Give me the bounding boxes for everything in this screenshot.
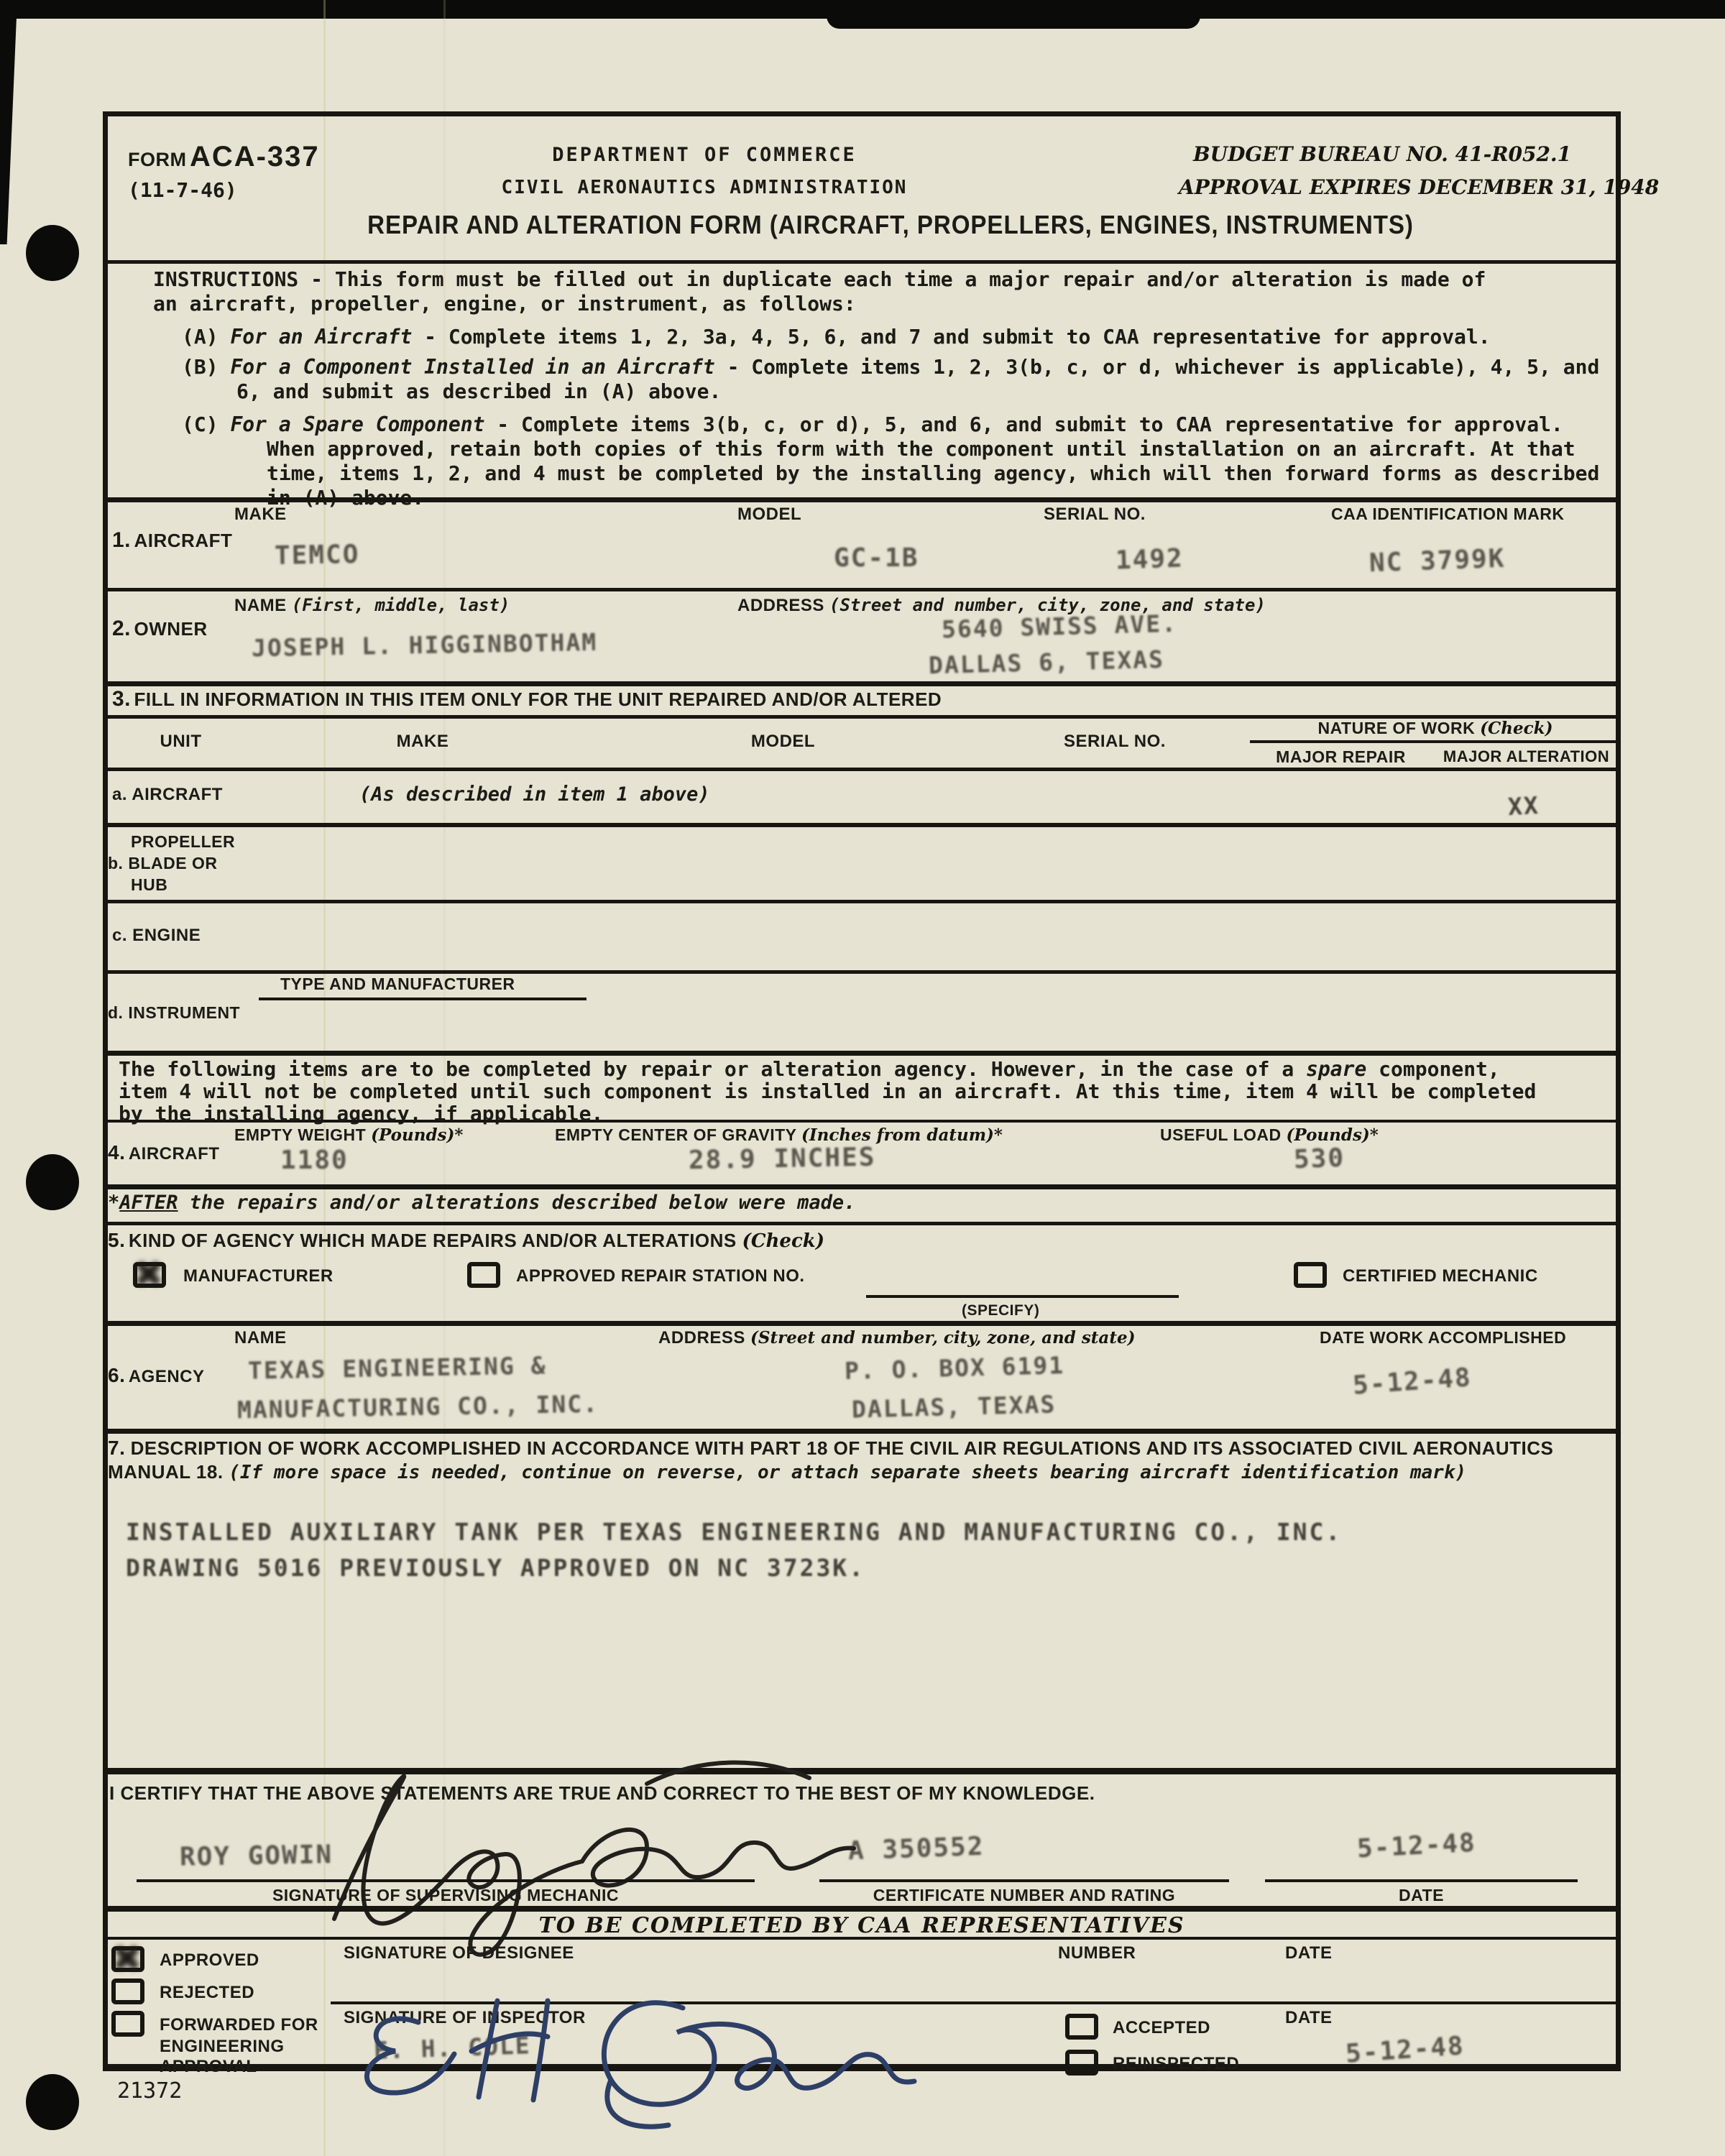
item4-label: 4. AIRCRAFT bbox=[108, 1141, 219, 1164]
owner-name-column-label: NAME (First, middle, last) bbox=[234, 595, 510, 616]
work-description-line1: INSTALLED AUXILIARY TANK PER TEXAS ENGIN… bbox=[126, 1518, 1342, 1546]
manufacturer-checkbox: ✖ bbox=[133, 1262, 166, 1288]
cg-text: EMPTY CENTER OF GRAVITY bbox=[555, 1125, 801, 1144]
item5-number: 5. bbox=[108, 1229, 125, 1251]
page-serial-number: 21372 bbox=[117, 2078, 182, 2104]
forwarded-label-line1: FORWARDED FOR bbox=[160, 2015, 318, 2035]
table-header-nature: NATURE OF WORK (Check) bbox=[1250, 719, 1621, 738]
empty-weight-hint: (Pounds)* bbox=[371, 1125, 463, 1145]
repair-station-blank-line bbox=[866, 1295, 1179, 1298]
designee-signature-label: SIGNATURE OF DESIGNEE bbox=[344, 1943, 574, 1963]
name-hint: (First, middle, last) bbox=[292, 595, 510, 615]
forwarded-label-line2: ENGINEERING bbox=[160, 2037, 285, 2057]
rule bbox=[103, 1051, 1621, 1056]
item6-number: 6. bbox=[108, 1364, 125, 1386]
specify-label: (SPECIFY) bbox=[962, 1302, 1039, 1319]
empty-weight-label: EMPTY WEIGHT (Pounds)* bbox=[234, 1125, 463, 1145]
inspector-signature bbox=[309, 1978, 999, 2143]
certificate-number-label: CERTIFICATE NUMBER AND RATING bbox=[819, 1886, 1229, 1905]
make-column-label: MAKE bbox=[234, 505, 287, 525]
useful-load-hint: (Pounds)* bbox=[1287, 1125, 1379, 1145]
item5-label: 5. KIND OF AGENCY WHICH MADE REPAIRS AND… bbox=[108, 1229, 824, 1252]
cg-label: EMPTY CENTER OF GRAVITY (Inches from dat… bbox=[555, 1125, 1003, 1145]
rule bbox=[103, 1429, 1621, 1434]
footnote: *AFTER the repairs and/or alterations de… bbox=[108, 1192, 855, 1214]
forwarded-checkbox bbox=[111, 2011, 144, 2037]
item7-number: 7. bbox=[108, 1437, 125, 1459]
instruction-item-a: (A) For an Aircraft - Complete items 1, … bbox=[182, 325, 1645, 349]
footnote-em: AFTER bbox=[119, 1192, 178, 1214]
item5-title-hint: (Check) bbox=[742, 1230, 825, 1252]
table-header-major-repair: MAJOR REPAIR bbox=[1250, 747, 1432, 767]
rule bbox=[103, 260, 1621, 264]
mechanic-signature-line bbox=[137, 1879, 755, 1882]
instructions-lead: INSTRUCTIONS - bbox=[153, 267, 323, 291]
rule bbox=[103, 1321, 1621, 1326]
table-header-serial: SERIAL NO. bbox=[980, 732, 1250, 752]
agency-address-text: ADDRESS bbox=[658, 1328, 750, 1347]
cg-hint: (Inches from datum)* bbox=[801, 1125, 1003, 1145]
mechanic-date-value: 5-12-48 bbox=[1356, 1828, 1477, 1864]
table-row-d-label: d. INSTRUMENT bbox=[108, 1003, 240, 1023]
forwarded-label-line3: APPROVAL bbox=[160, 2057, 257, 2077]
reinspected-label: REINSPECTED bbox=[1113, 2054, 1239, 2074]
mechanic-signature-label: SIGNATURE OF SUPERVISING MECHANIC bbox=[237, 1886, 654, 1905]
midnote-paragraph: The following items are to be completed … bbox=[119, 1058, 1560, 1125]
item2-title: OWNER bbox=[134, 618, 207, 640]
punch-hole bbox=[26, 225, 79, 281]
mechanic-date-line bbox=[1265, 1879, 1578, 1882]
empty-weight-value: 1180 bbox=[280, 1146, 349, 1175]
instruction-c-em: For a Spare Component bbox=[230, 413, 484, 436]
empty-weight-text: EMPTY WEIGHT bbox=[234, 1125, 371, 1144]
footnote-text: the repairs and/or alterations described… bbox=[178, 1192, 856, 1214]
table-header-unit: UNIT bbox=[103, 732, 259, 752]
rule bbox=[103, 588, 1621, 591]
aircraft-serial-value: 1492 bbox=[1115, 543, 1184, 575]
item4-title: AIRCRAFT bbox=[129, 1144, 220, 1164]
instruction-c-label: (C) bbox=[182, 413, 230, 436]
item6-title: AGENCY bbox=[129, 1367, 205, 1386]
item5-title: KIND OF AGENCY WHICH MADE REPAIRS AND/OR… bbox=[129, 1230, 742, 1251]
rule bbox=[103, 1120, 1621, 1123]
footnote-star: * bbox=[108, 1192, 119, 1214]
instruction-b-label: (B) bbox=[182, 355, 230, 379]
rule bbox=[259, 998, 586, 1000]
owner-address-column-label: ADDRESS (Street and number, city, zone, … bbox=[737, 595, 1266, 616]
rule bbox=[103, 1937, 1621, 1940]
table-row-b-line2: b. BLADE OR bbox=[108, 854, 217, 873]
item1-label: 1. AIRCRAFT bbox=[112, 528, 232, 553]
major-alteration-mark: XX bbox=[1507, 791, 1540, 821]
designee-date-label: DATE bbox=[1285, 1943, 1333, 1963]
agency-name-line1: TEXAS ENGINEERING & bbox=[248, 1351, 547, 1384]
model-column-label: MODEL bbox=[737, 505, 801, 525]
item7-hint: (If more space is needed, continue on re… bbox=[229, 1462, 1466, 1483]
accepted-label: ACCEPTED bbox=[1113, 2018, 1210, 2038]
reinspected-checkbox bbox=[1065, 2050, 1098, 2076]
rule bbox=[1250, 740, 1621, 743]
agency-address-line1: P. O. BOX 6191 bbox=[845, 1351, 1065, 1385]
instructions-intro: INSTRUCTIONS - This form must be filled … bbox=[153, 267, 1490, 316]
rule bbox=[103, 1906, 1621, 1912]
rejected-label: REJECTED bbox=[160, 1983, 254, 2003]
table-row-b-line3: HUB bbox=[131, 875, 167, 895]
punch-hole bbox=[26, 2074, 79, 2130]
certificate-number-line bbox=[819, 1879, 1229, 1882]
item1-title: AIRCRAFT bbox=[134, 530, 232, 551]
approved-label: APPROVED bbox=[160, 1950, 259, 1971]
item3-title: FILL IN INFORMATION IN THIS ITEM ONLY FO… bbox=[134, 688, 942, 710]
date-accomplished-column-label: DATE WORK ACCOMPLISHED bbox=[1320, 1328, 1566, 1347]
rule bbox=[103, 497, 1621, 502]
rule bbox=[103, 1222, 1621, 1225]
table-row-a-note: (As described in item 1 above) bbox=[359, 783, 710, 806]
name-label: NAME bbox=[234, 596, 292, 615]
table-row-c-label: c. ENGINE bbox=[112, 926, 201, 946]
useful-load-label: USEFUL LOAD (Pounds)* bbox=[1160, 1125, 1379, 1145]
approval-expires-line: APPROVAL EXPIRES DECEMBER 31, 1948 bbox=[1179, 175, 1659, 199]
useful-load-value: 530 bbox=[1293, 1143, 1345, 1174]
rule bbox=[103, 768, 1621, 771]
midnote-text1: The following items are to be completed … bbox=[119, 1057, 1306, 1081]
repair-station-checkbox bbox=[467, 1262, 500, 1288]
aircraft-make-value: TEMCO bbox=[275, 540, 360, 571]
table-header-major-alteration: MAJOR ALTERATION bbox=[1432, 747, 1621, 766]
item3-number: 3. bbox=[112, 687, 131, 711]
table-header-model: MODEL bbox=[586, 732, 980, 752]
address-label: ADDRESS bbox=[737, 596, 829, 615]
item1-number: 1. bbox=[112, 528, 131, 552]
item2-label: 2. OWNER bbox=[112, 617, 208, 641]
instruction-a-label: (A) bbox=[182, 325, 230, 349]
item6-label: 6. AGENCY bbox=[108, 1364, 205, 1387]
caa-id-column-label: CAA IDENTIFICATION MARK bbox=[1331, 505, 1565, 524]
certified-mechanic-checkbox bbox=[1294, 1262, 1327, 1288]
item7-label: 7. DESCRIPTION OF WORK ACCOMPLISHED IN A… bbox=[108, 1436, 1599, 1485]
nature-of-work-hint: (Check) bbox=[1480, 719, 1552, 738]
form-number-value: ACA-337 bbox=[190, 141, 320, 172]
form-number-prefix: FORM bbox=[128, 149, 186, 170]
budget-bureau-line: BUDGET BUREAU NO. 41-R052.1 bbox=[1193, 142, 1571, 166]
instructions-intro-text: This form must be filled out in duplicat… bbox=[153, 267, 1486, 315]
rejected-checkbox bbox=[111, 1978, 144, 2004]
rule bbox=[103, 900, 1621, 903]
cg-value: 28.9 INCHES bbox=[689, 1143, 876, 1176]
accepted-checkbox bbox=[1065, 2014, 1098, 2040]
rule bbox=[103, 823, 1621, 827]
scan-top-edge-blob bbox=[827, 7, 1200, 29]
nature-of-work-label: NATURE OF WORK bbox=[1318, 719, 1481, 737]
instruction-item-b: (B) For a Component Installed in an Airc… bbox=[182, 355, 1609, 404]
instruction-a-em: For an Aircraft bbox=[230, 325, 412, 349]
rule bbox=[103, 970, 1621, 974]
approved-checkbox: ✖ bbox=[111, 1946, 144, 1972]
manufacturer-label: MANUFACTURER bbox=[183, 1266, 333, 1286]
agency-address-column-label: ADDRESS (Street and number, city, zone, … bbox=[658, 1328, 1135, 1348]
work-description-line2: DRAWING 5016 PREVIOUSLY APPROVED ON NC 3… bbox=[126, 1554, 865, 1582]
scan-left-edge bbox=[0, 0, 17, 244]
item3-label: 3. FILL IN INFORMATION IN THIS ITEM ONLY… bbox=[112, 687, 942, 711]
mechanic-date-label: DATE bbox=[1265, 1886, 1578, 1905]
certified-mechanic-label: CERTIFIED MECHANIC bbox=[1343, 1266, 1538, 1286]
instruction-item-c: (C) For a Spare Component - Complete ite… bbox=[182, 413, 1607, 510]
item4-number: 4. bbox=[108, 1141, 125, 1164]
punch-hole bbox=[26, 1154, 79, 1210]
midnote-em: spare bbox=[1306, 1057, 1366, 1081]
form-number: FORM ACA-337 bbox=[128, 141, 320, 173]
number-column-label: NUMBER bbox=[1058, 1943, 1136, 1963]
aircraft-model-value: GC-1B bbox=[834, 543, 919, 573]
useful-load-text: USEFUL LOAD bbox=[1160, 1125, 1287, 1144]
caa-id-value: NC 3799K bbox=[1368, 544, 1506, 579]
item2-number: 2. bbox=[112, 617, 131, 640]
repair-station-label: APPROVED REPAIR STATION NO. bbox=[516, 1266, 805, 1286]
rule bbox=[103, 681, 1621, 686]
agency-name-column-label: NAME bbox=[234, 1328, 287, 1348]
department-line-1: DEPARTMENT OF COMMERCE bbox=[446, 144, 963, 166]
manufacturer-checkmark: ✖ bbox=[133, 1253, 165, 1296]
table-header-make: MAKE bbox=[259, 732, 586, 752]
department-line-2: CIVIL AERONAUTICS ADMINISTRATION bbox=[446, 177, 963, 198]
table-row-d-subheader: TYPE AND MANUFACTURER bbox=[280, 975, 515, 994]
table-row-b-line1: PROPELLER bbox=[131, 832, 235, 852]
instruction-a-text: - Complete items 1, 2, 3a, 4, 5, 6, and … bbox=[412, 325, 1490, 349]
table-row-a-label: a. AIRCRAFT bbox=[112, 785, 223, 805]
inspector-date-label: DATE bbox=[1285, 2008, 1333, 2028]
agency-address-line2: DALLAS, TEXAS bbox=[852, 1390, 1057, 1423]
caa-banner: TO BE COMPLETED BY CAA REPRESENTATIVES bbox=[103, 1913, 1621, 1938]
approved-checkmark: ✖ bbox=[111, 1938, 143, 1981]
instruction-b-em: For a Component Installed in an Aircraft bbox=[230, 355, 714, 379]
scanned-form-page: FORM ACA-337 (11-7-46) DEPARTMENT OF COM… bbox=[0, 0, 1725, 2156]
serial-column-label: SERIAL NO. bbox=[1044, 505, 1146, 525]
rule bbox=[103, 1184, 1621, 1189]
agency-address-hint: (Street and number, city, zone, and stat… bbox=[750, 1328, 1135, 1347]
form-title: REPAIR AND ALTERATION FORM (AIRCRAFT, PR… bbox=[192, 210, 1588, 240]
form-revision: (11-7-46) bbox=[128, 178, 237, 202]
